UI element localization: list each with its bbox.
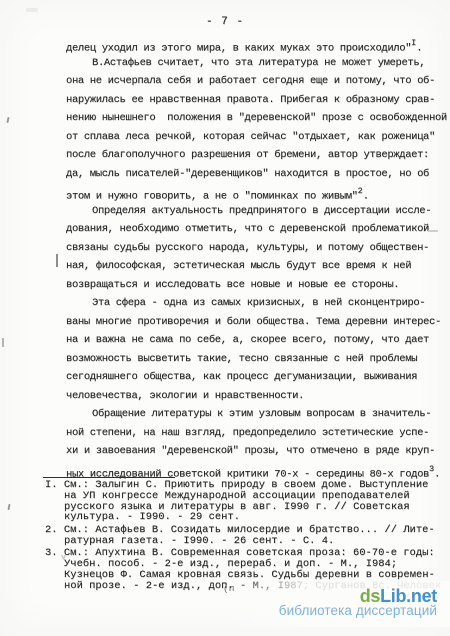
text-line: В.Астафьев считает, что эта литература н… [66, 54, 447, 73]
text-line: Эта сфера - одна из самых кризисных, в н… [66, 294, 447, 313]
footnote-reference: I [411, 38, 416, 48]
text-line: после благополучного разрешения от бреме… [66, 146, 447, 165]
footnotes: I. См.: Залыгин С. Приютить природу в св… [45, 480, 441, 593]
text-line: она не исчерпала себя и работает сегодня… [66, 72, 447, 91]
footnote: I. См.: Залыгин С. Приютить природу в св… [45, 480, 441, 523]
text-line: ной степени, на наш взгляд, предопредели… [66, 424, 447, 443]
text-line: ваны многие противоречия и боли общества… [66, 313, 447, 332]
footnote-reference: 2 [358, 186, 363, 196]
scan-artifact [26, 8, 38, 12]
body-text: делец уходил из этого мира, в каких мука… [66, 35, 447, 479]
scan-artifact [7, 504, 10, 510]
text-line: этом и нужно говорить, а не о "поминках … [66, 183, 447, 202]
text-line: человечества, экологии и нравственности. [66, 387, 447, 406]
text-line: сегодняшнего общества, как процесс дегум… [66, 368, 447, 387]
text-line: да, мысль писателей-"деревенщиков" наход… [66, 165, 447, 184]
text-line: связаны судьбы русского народа, культуры… [66, 239, 447, 258]
text-line: нению нынешнего положения в "деревенской… [66, 109, 447, 128]
scanned-dissertation-page: - 7 - делец уходил из этого мира, в каки… [0, 0, 450, 636]
text-line: от сплава леса речкой, которая сейчас "о… [66, 128, 447, 147]
footnote-line: культура. - I990. - 29 сент. [45, 512, 441, 523]
footnote-marker: 2. [45, 524, 64, 536]
dslib-subtitle: библиотека диссертаций [279, 604, 437, 618]
footnote-reference: 3 [429, 464, 434, 474]
footnote-line: ратурная газета. - I990. - 26 сент. - С.… [45, 536, 441, 547]
scan-artifact [2, 338, 4, 347]
text-line: Определяя актуальность предпринятого в д… [66, 202, 447, 221]
text-line: возвращаться и исследовать все новые и н… [66, 276, 447, 295]
text-line: на и важна не сама по себе, а, скорее вс… [66, 331, 447, 350]
text-line: возможность высветить такие, тесно связа… [66, 350, 447, 369]
cut-off-text: (п [223, 583, 234, 594]
footnote-marker: I. [45, 479, 64, 491]
page-number: - 7 - [0, 16, 450, 28]
text-line: делец уходил из этого мира, в каких мука… [66, 35, 447, 54]
text-line: ная, философская, эстетическая мысль буд… [66, 257, 447, 276]
dslib-watermark: dsLib.net библиотека диссертаций [279, 588, 437, 618]
scan-artifact [56, 254, 58, 267]
text-line: хи и завоевания "деревенской" прозы, что… [66, 442, 447, 461]
footnote: 2. См.: Астафьев В. Созидать милосердие … [45, 525, 441, 547]
text-line: дования, необходимо отметить, что с дере… [66, 220, 447, 239]
text-line: наружилась ее нравственная правота. Приб… [66, 91, 447, 110]
text-line: Обращение литературы к этим узловым вопр… [66, 405, 447, 424]
footnote-marker: 3. [45, 547, 64, 559]
dslib-logo[interactable]: dsLib.net [279, 588, 437, 604]
scan-artifact [6, 117, 9, 123]
